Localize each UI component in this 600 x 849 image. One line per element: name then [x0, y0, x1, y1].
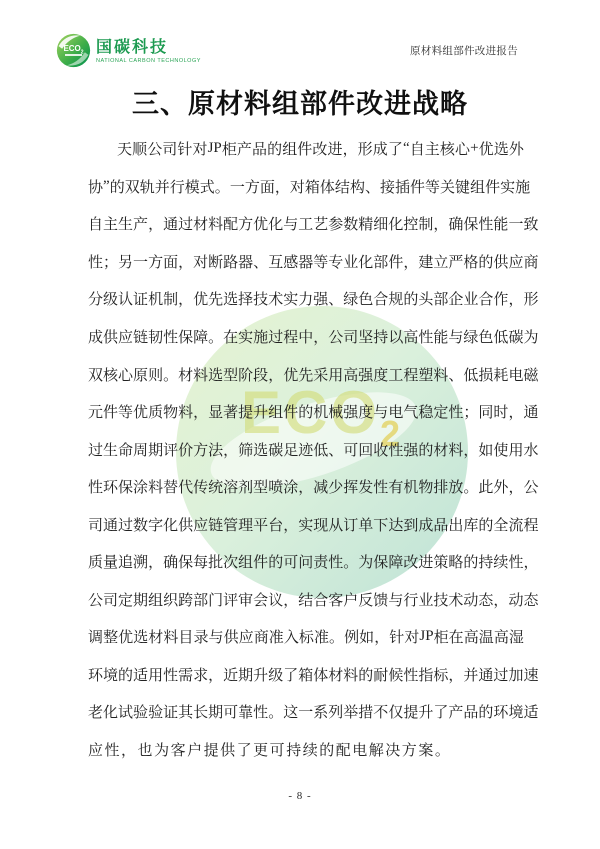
- page-header: ECO2 国碳科技 NATIONAL CARBON TECHNOLOGY 原材料…: [0, 0, 600, 80]
- brand-name: 国碳科技: [96, 39, 201, 56]
- paragraph-line: 性环保涂料替代传统溶剂型喷涂，减少挥发性有机物排放。此外，公: [88, 468, 524, 506]
- paragraph-line: 环境的适用性需求，近期升级了箱体材料的耐候性指标，并通过加速: [88, 656, 524, 694]
- paragraph-line: 老化试验验证其长期可靠性。这一系列举措不仅提升了产品的环境适: [88, 693, 524, 731]
- logo-text: 国碳科技 NATIONAL CARBON TECHNOLOGY: [96, 33, 201, 64]
- paragraph-line: 分级认证机制，优先选择技术实力强、绿色合规的头部企业合作，形: [88, 280, 524, 318]
- page-number: - 8 -: [288, 790, 311, 802]
- document-page: ECO2 ECO2: [0, 0, 600, 849]
- emblem-micro-text-bar: [65, 54, 82, 56]
- eco-logo-icon: ECO2: [56, 33, 91, 68]
- body-paragraph: 天顺公司针对JP柜产品的组件改进，形成了“自主核心+优选外协”的双轨并行模式。一…: [88, 130, 524, 768]
- paragraph-line: 双核心原则。材料选型阶段，优先采用高强度工程塑料、低损耗电磁: [88, 355, 524, 393]
- paragraph-line: 调整优选材料目录与供应商准入标准。例如，针对JP柜在高温高湿: [88, 618, 524, 656]
- paragraph-line: 过生命周期评价方法，筛选碳足迹低、可回收性强的材料，如使用水: [88, 430, 524, 468]
- paragraph-line: 自主生产，通过材料配方优化与工艺参数精细化控制，确保性能一致: [88, 205, 524, 243]
- brand-subtitle: NATIONAL CARBON TECHNOLOGY: [96, 58, 201, 64]
- page-footer: - 8 -: [0, 786, 600, 804]
- emblem-eco-text: ECO: [63, 44, 80, 53]
- paragraph-line: 性；另一方面，对断路器、互感器等专业化部件，建立严格的供应商: [88, 243, 524, 281]
- company-logo: ECO2 国碳科技 NATIONAL CARBON TECHNOLOGY: [56, 33, 201, 68]
- paragraph-line: 元件等优质物料，显著提升组件的机械强度与电气稳定性；同时，通: [88, 393, 524, 431]
- paragraph-line: 应性，也为客户提供了更可持续的配电解决方案。: [88, 731, 524, 769]
- paragraph-line: 协”的双轨并行模式。一方面，对箱体结构、接插件等关键组件实施: [88, 168, 524, 206]
- paragraph-line: 成供应链韧性保障。在实施过程中，公司坚持以高性能与绿色低碳为: [88, 318, 524, 356]
- paragraph-line: 天顺公司针对JP柜产品的组件改进，形成了“自主核心+优选外: [88, 130, 524, 168]
- header-report-title: 原材料组部件改进报告: [410, 43, 518, 58]
- page-title: 三、原材料组部件改进战略: [0, 82, 600, 121]
- paragraph-line: 司通过数字化供应链管理平台，实现从订单下达到成品出库的全流程: [88, 505, 524, 543]
- paragraph-line: 质量追溯，确保每批次组件的可问责性。为保障改进策略的持续性，: [88, 543, 524, 581]
- paragraph-line: 公司定期组织跨部门评审会议，结合客户反馈与行业技术动态，动态: [88, 581, 524, 619]
